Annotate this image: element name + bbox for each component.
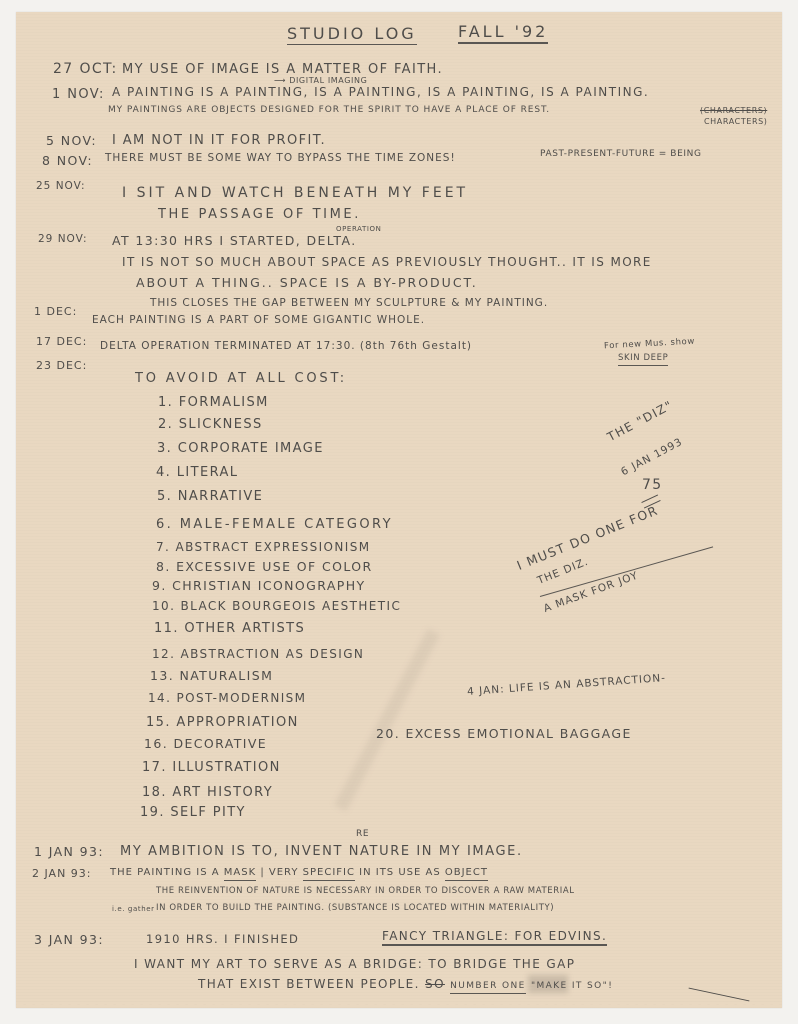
avoid-item: 10. BLACK BOURGEOIS AESTHETIC bbox=[152, 600, 401, 612]
entry-text: DELTA OPERATION TERMINATED AT 17:30. (8t… bbox=[100, 341, 472, 352]
entry-line: MY PAINTINGS ARE OBJECTS DESIGNED FOR TH… bbox=[108, 106, 550, 115]
avoid-item: 7. ABSTRACT EXPRESSIONISM bbox=[156, 541, 370, 553]
entry-line: THIS CLOSES THE GAP BETWEEN MY SCULPTURE… bbox=[150, 298, 548, 309]
struck-note: (CHARACTERS) bbox=[700, 107, 767, 115]
avoid-item: 4. LITERAL bbox=[156, 466, 238, 479]
entry-line: I WANT MY ART TO SERVE AS A BRIDGE: TO B… bbox=[134, 958, 575, 970]
avoid-item: 1. FORMALISM bbox=[158, 396, 269, 409]
entry-text: MY AMBITION IS TO, INVENT NATURE IN MY I… bbox=[120, 845, 523, 858]
entry-date: 23 DEC: bbox=[36, 360, 87, 371]
entry-text: MY USE OF IMAGE IS A MATTER OF FAITH. bbox=[122, 63, 443, 76]
entry-date: 5 NOV: bbox=[46, 135, 97, 148]
avoid-item: 17. ILLUSTRATION bbox=[142, 761, 281, 774]
avoid-item: 6. MALE-FEMALE CATEGORY bbox=[156, 518, 393, 531]
entry-date: 1 JAN 93: bbox=[34, 846, 104, 859]
torn-edge bbox=[16, 1002, 782, 1010]
avoid-item: 16. DECORATIVE bbox=[144, 738, 267, 751]
word-specific: SPECIFIC bbox=[303, 867, 355, 881]
entry-text: TO AVOID AT ALL COST: bbox=[135, 372, 347, 385]
text-fragment: THAT EXIST BETWEEN PEOPLE. bbox=[198, 977, 420, 991]
avoid-item: 5. NARRATIVE bbox=[157, 490, 263, 503]
entry-date: 27 OCT: bbox=[53, 62, 118, 76]
show-title: SKIN DEEP bbox=[618, 354, 668, 366]
entry-date: 25 NOV: bbox=[36, 181, 86, 192]
number-one: NUMBER ONE bbox=[450, 981, 526, 994]
text-fragment: THE PAINTING IS A bbox=[110, 867, 220, 878]
avoid-item: 12. ABSTRACTION AS DESIGN bbox=[152, 648, 364, 660]
make-it-so: "MAKE IT SO"! bbox=[531, 981, 613, 991]
avoid-item: 9. CHRISTIAN ICONOGRAPHY bbox=[152, 580, 366, 593]
text-fragment: IN ITS USE AS bbox=[359, 867, 441, 878]
entry-text: I SIT AND WATCH BENEATH MY FEET bbox=[122, 186, 468, 200]
entry-date: 17 DEC: bbox=[36, 336, 87, 347]
entry-line: IN ORDER TO BUILD THE PAINTING. (SUBSTAN… bbox=[156, 904, 554, 913]
avoid-item: 19. SELF PITY bbox=[140, 806, 246, 819]
avoid-item: 3. CORPORATE IMAGE bbox=[157, 442, 324, 455]
entry-date: 1 DEC: bbox=[34, 306, 77, 317]
entry-line: THE REINVENTION OF NATURE IS NECESSARY I… bbox=[156, 887, 575, 896]
entry-date: 2 JAN 93: bbox=[32, 868, 92, 879]
entry-text: A PAINTING IS A PAINTING, IS A PAINTING,… bbox=[112, 86, 649, 98]
entry-text: EACH PAINTING IS A PART OF SOME GIGANTIC… bbox=[92, 315, 425, 326]
text-fragment: VERY bbox=[269, 867, 299, 878]
avoid-item: 20. EXCESS EMOTIONAL BAGGAGE bbox=[376, 728, 632, 741]
entry-date: 29 NOV: bbox=[38, 234, 88, 245]
artwork-title: FANCY TRIANGLE: FOR EDVINS. bbox=[382, 930, 607, 946]
entry-line: THE PASSAGE OF TIME. bbox=[158, 208, 361, 221]
word-mask: MASK bbox=[224, 867, 256, 881]
insert-note: RE bbox=[356, 830, 369, 839]
entry-date: 3 JAN 93: bbox=[34, 934, 104, 947]
avoid-item: 15. APPROPRIATION bbox=[146, 716, 299, 729]
avoid-item: 18. ART HISTORY bbox=[142, 786, 273, 799]
margin-note: 75 bbox=[642, 478, 663, 492]
entry-note: PAST-PRESENT-FUTURE = BEING bbox=[540, 150, 702, 159]
avoid-item: 11. OTHER ARTISTS bbox=[154, 622, 305, 635]
title-studio-log: STUDIO LOG bbox=[287, 26, 417, 45]
entry-line: THAT EXIST BETWEEN PEOPLE. SO NUMBER ONE… bbox=[198, 978, 613, 991]
insert-note: OPERATION bbox=[336, 226, 381, 233]
avoid-item: 8. EXCESSIVE USE OF COLOR bbox=[156, 561, 373, 574]
entry-line: ABOUT A THING.. SPACE IS A BY-PRODUCT. bbox=[136, 277, 478, 290]
entry-text: THERE MUST BE SOME WAY TO BYPASS THE TIM… bbox=[105, 153, 456, 164]
avoid-item: 14. POST-MODERNISM bbox=[148, 692, 306, 704]
title-fall-92: FALL '92 bbox=[458, 24, 548, 44]
entry-note: i.e. gather bbox=[112, 906, 155, 913]
entry-line: IT IS NOT SO MUCH ABOUT SPACE AS PREVIOU… bbox=[122, 256, 652, 268]
entry-date: 1 NOV: bbox=[52, 88, 105, 101]
entry-note: ⟶ DIGITAL IMAGING bbox=[274, 77, 367, 85]
struck-word: SO bbox=[425, 977, 445, 991]
entry-text: AT 13:30 HRS I STARTED, DELTA. bbox=[112, 235, 357, 248]
avoid-item: 2. SLICKNESS bbox=[158, 418, 263, 431]
entry-note: CHARACTERS) bbox=[704, 118, 768, 126]
word-object: OBJECT bbox=[445, 867, 488, 881]
avoid-item: 13. NATURALISM bbox=[150, 670, 273, 683]
entry-date: 8 NOV: bbox=[42, 155, 93, 168]
entry-text: 1910 HRS. I FINISHED bbox=[146, 934, 299, 946]
entry-text: THE PAINTING IS A MASK | VERY SPECIFIC I… bbox=[110, 868, 488, 878]
entry-text: I AM NOT IN IT FOR PROFIT. bbox=[112, 134, 326, 147]
